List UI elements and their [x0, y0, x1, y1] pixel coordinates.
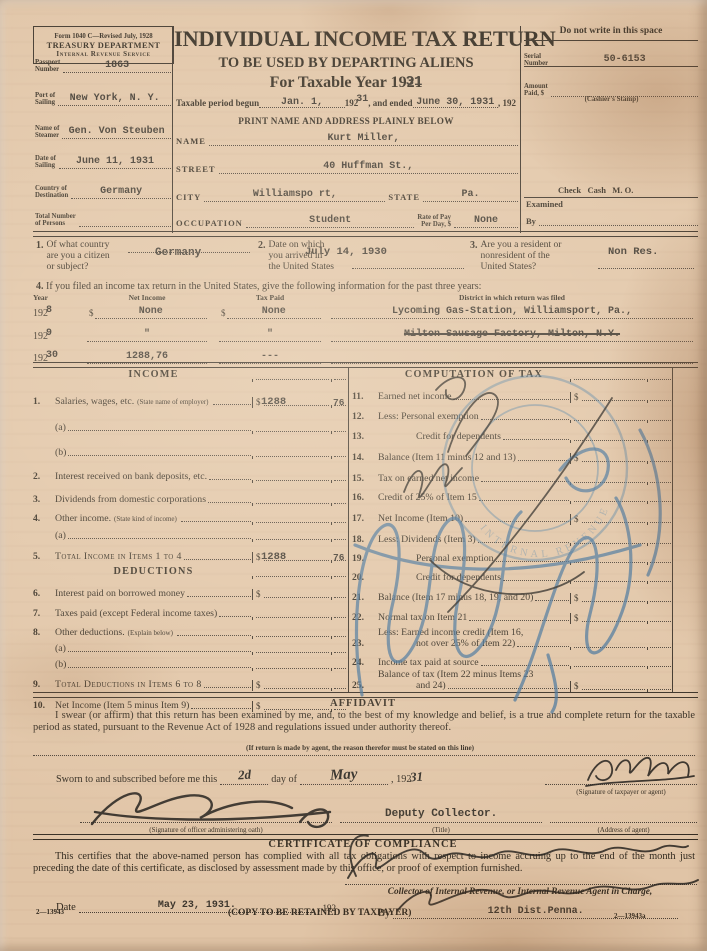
field-line: None: [95, 300, 208, 319]
tax-paid-value: ": [267, 329, 273, 340]
label-cell: Credit for dependents: [378, 431, 570, 443]
dotted-leader: [256, 636, 329, 637]
dotted-leader: [334, 539, 346, 540]
day-of-label: day of: [271, 774, 297, 785]
year-typed: 30: [46, 350, 58, 361]
dotted-leader: [650, 461, 671, 462]
label-cell: DEDUCTIONS: [55, 566, 252, 579]
dollars-cell: $: [570, 613, 647, 624]
dollars-cell: [252, 636, 331, 639]
certificate-body: This certifies that the above-named pers…: [33, 851, 695, 876]
dotted-leader: [650, 400, 671, 401]
collector-signature-line: [345, 884, 697, 885]
taxable-year-typed: 31: [406, 74, 423, 90]
dollars-cell: [252, 480, 331, 483]
label-cell: (b): [55, 659, 252, 671]
agency-name: TREASURY DEPARTMENT: [34, 41, 173, 50]
question-4: 4. If you filed an income tax return in …: [36, 281, 696, 292]
table-row: 18.Less: Dividends (Item 3): [352, 525, 672, 546]
year-cell: 1929: [33, 331, 87, 342]
field-label: Date of Sailing: [35, 155, 56, 169]
label-line-2: not over 25% of Item 22): [378, 638, 570, 649]
answer-line: [352, 268, 464, 269]
dotted-leader: [650, 689, 671, 690]
row-number: 3.: [33, 494, 55, 506]
dotted-leader: [68, 651, 251, 652]
row-label: Balance (Item 11 minus 12 and 13): [378, 452, 516, 463]
dollars-cell: [252, 503, 331, 506]
dollar-sign: $: [254, 680, 262, 691]
dotted-leader: [334, 652, 346, 653]
field-line: Lycoming Gas-Station, Williamsport, Pa.,: [331, 300, 693, 319]
row-label: Other deductions.: [55, 627, 125, 638]
dollars-cell: $: [252, 680, 331, 691]
taxable-year-line: For Taxable Year 192131: [174, 74, 518, 92]
question-1-answer: Germany: [155, 247, 201, 259]
net-income-cell: ": [87, 323, 207, 342]
dotted-leader: [574, 666, 645, 667]
rule: [524, 40, 698, 41]
table-row: 8.Other deductions.(Explain below): [33, 620, 347, 639]
row-label: Total Deductions in Items 6 to 8: [55, 679, 202, 690]
row-number: 7.: [33, 608, 55, 620]
officer-signature-caption: (Signature of officer administering oath…: [80, 826, 332, 834]
dotted-leader: [256, 522, 329, 523]
dotted-leader: [334, 431, 346, 432]
year-typed: 8: [46, 305, 52, 316]
occupation-field: Occupation Student Rate of Pay Per Day, …: [176, 209, 518, 228]
answer-line: [128, 252, 250, 253]
income-deductions-table: INCOME1.Salaries, wages, etc.(State name…: [33, 368, 347, 712]
dotted-leader: [496, 561, 569, 562]
table-row: 5.Total Income in Items 1 to 4$128876: [33, 542, 347, 563]
row-label: Credit for dependents: [378, 431, 501, 442]
sailing-field: Total Number of Persons: [35, 208, 171, 227]
dotted-leader: [334, 576, 346, 577]
dotted-leader: [184, 559, 251, 560]
period-and-ended: , and ended: [368, 98, 412, 108]
name-value: Kurt Miller,: [327, 133, 399, 144]
street-field: Street 40 Huffman St.,: [176, 155, 518, 174]
dollar-sign: $: [219, 308, 227, 319]
serial-number-field: Serial Number 50-6153: [524, 48, 698, 67]
dotted-leader: [256, 617, 329, 618]
table-row: 24.Income tax paid at source: [352, 650, 672, 669]
dotted-leader: [256, 668, 329, 669]
occupation-label: Occupation: [176, 218, 243, 228]
table-row: 23.Less: Earned income credit (Item 16,n…: [352, 624, 672, 650]
dollars-cell: [252, 617, 331, 620]
dollars-cell: [570, 543, 647, 546]
table-row: 1.Salaries, wages, etc.(State name of em…: [33, 382, 347, 408]
row-label-continued: and 24): [378, 680, 446, 691]
dotted-leader: [650, 379, 671, 380]
row-number: 8.: [33, 627, 55, 639]
dollar-sign: $: [572, 453, 580, 464]
row-label: Interest paid on borrowed money: [55, 588, 185, 599]
officer-title-value: Deputy Collector.: [385, 808, 497, 820]
row-label: Credit for dependents: [378, 572, 501, 583]
dotted-leader: [68, 430, 251, 431]
row-label: (a): [55, 643, 66, 654]
year-cell: 1928: [33, 308, 87, 319]
cents-cell: [331, 456, 347, 459]
title-caption: (Title): [340, 826, 542, 834]
row-number: 5.: [33, 551, 55, 563]
by-label: By: [526, 216, 536, 226]
street-label: Street: [176, 164, 216, 174]
label-cell: Earned net income: [378, 391, 570, 403]
table-row: 2.Interest received on bank deposits, et…: [33, 459, 347, 483]
dotted-leader: [650, 440, 671, 441]
field-value: 1863: [105, 60, 129, 71]
street-value: 40 Huffman St.,: [323, 161, 413, 172]
table-section-header: INCOME: [33, 368, 347, 382]
label-cell: Less: Personal exemption: [378, 411, 570, 423]
tax-paid-value: None: [262, 306, 286, 317]
rate-of-pay-value: None: [474, 215, 498, 226]
dollars-cell: [570, 420, 647, 423]
field-line: ": [87, 323, 207, 342]
row-number: 1.: [33, 396, 55, 408]
dotted-leader: [213, 404, 251, 405]
period-label: Taxable period begun: [176, 98, 259, 108]
dollars-cell: $: [570, 392, 647, 403]
net-income-value: None: [139, 306, 163, 317]
row-label: Salaries, wages, etc.: [55, 396, 134, 407]
dotted-leader: [574, 501, 645, 502]
row-label: Taxes paid (except Federal income taxes): [55, 608, 217, 619]
tax-paid-cell: ": [219, 323, 321, 342]
label-cell: COMPUTATION OF TAX: [378, 369, 570, 382]
question-3-text: Are you a resident or nonresident of the…: [481, 240, 562, 272]
row-label: Balance (Item 17 minus 18, 19, and 20): [378, 592, 533, 603]
row-number: 9.: [33, 679, 55, 691]
heavy-rule: [33, 231, 698, 237]
taxpayer-signature-caption: (Signature of taxpayer or agent): [545, 788, 697, 796]
dotted-leader: [503, 439, 569, 440]
affidavit-body: I swear (or affirm) that this return has…: [33, 710, 695, 735]
occupation-value: Student: [309, 215, 351, 226]
dotted-leader: [448, 688, 569, 689]
dotted-leader: [650, 666, 671, 667]
label-cell: (b): [55, 447, 252, 459]
column-rule: [520, 26, 521, 233]
dotted-leader: [256, 379, 329, 380]
table-row: 14.Balance (Item 11 minus 12 and 13)$: [352, 443, 672, 464]
field-line: Germany: [71, 180, 171, 199]
dotted-leader: [334, 668, 346, 669]
cents-cell: [647, 647, 672, 650]
dotted-leader: [465, 521, 569, 522]
dotted-leader: [68, 455, 251, 456]
prior-return-row: 1928$None$NoneLycoming Gas-Station, Will…: [33, 300, 693, 319]
row-label: Personal exemption: [378, 553, 494, 564]
row-label: Dividends from domestic corporations: [55, 494, 206, 505]
cents-cell: [331, 668, 347, 671]
dotted-leader: [334, 379, 346, 380]
dotted-leader: [219, 616, 251, 617]
dotted-leader: [256, 652, 329, 653]
sworn-day-hand: 2d: [237, 767, 251, 784]
cents-cell: [331, 576, 347, 579]
dotted-leader: [650, 420, 671, 421]
cents-cell: 76: [331, 560, 347, 563]
label-cell: (a): [55, 530, 252, 542]
field-value: Germany: [100, 186, 142, 197]
table-edge-rule: [672, 368, 673, 692]
field-value: June 11, 1931: [76, 156, 154, 167]
label-cell: Net Income (Item 10): [378, 513, 570, 525]
tax-paid-cell: $None: [219, 300, 321, 319]
rate-of-pay-label: Rate of Pay Per Day, $: [417, 214, 451, 228]
table-row: (b): [33, 434, 347, 459]
dotted-leader: [177, 635, 251, 636]
title-line: [340, 822, 542, 823]
sailing-field: Passport Number1863: [35, 54, 171, 73]
row-number: 12.: [352, 411, 378, 423]
question-4-number: 4.: [36, 281, 44, 292]
cents-cell: [647, 543, 672, 546]
table-row: 13.Credit for dependents: [352, 423, 672, 443]
field-line: Gen. Von Steuben: [62, 120, 171, 139]
table-row: 7.Taxes paid (except Federal income taxe…: [33, 600, 347, 620]
dollars-cell: [570, 562, 647, 565]
dotted-leader: [650, 621, 671, 622]
dotted-leader: [209, 479, 251, 480]
row-label: Earned net income: [378, 391, 451, 402]
table-row: 22.Normal tax on Item 21$: [352, 604, 672, 624]
dotted-leader: [208, 502, 251, 503]
form-title: INDIVIDUAL INCOME TAX RETURN: [174, 26, 518, 52]
officer-signature-line: [80, 822, 332, 823]
dotted-leader: [574, 581, 645, 582]
agent-address-line: [550, 822, 697, 823]
cents-cell: [331, 688, 347, 691]
dotted-leader: [334, 522, 346, 523]
field-label: Country of Destination: [35, 185, 68, 199]
row-number: 2.: [33, 471, 55, 483]
field-line: New York, N. Y.: [58, 87, 171, 106]
cents-cell: [647, 581, 672, 584]
dotted-leader: [334, 480, 346, 481]
row-number: 24.: [352, 657, 378, 669]
cents-cell: [647, 621, 672, 624]
question-3-number: 3.: [470, 240, 478, 272]
field-label: Name of Steamer: [35, 125, 59, 139]
net-income-value: ": [144, 329, 150, 340]
cents-cell: [647, 420, 672, 423]
question-2-answer: July 14, 1930: [305, 246, 387, 258]
row-number: 6.: [33, 588, 55, 600]
state-label: State: [388, 192, 420, 202]
cents-cell: [331, 539, 347, 542]
row-label: (b): [55, 447, 66, 458]
cents-cell: [647, 482, 672, 485]
table-row: (a): [33, 639, 347, 655]
label-cell: (a): [55, 643, 252, 655]
table-section-header: COMPUTATION OF TAX: [352, 368, 672, 382]
row-label: Less: Personal exemption: [378, 411, 479, 422]
dollars-cell: $1288: [252, 397, 331, 408]
table-row: 19.Personal exemption: [352, 546, 672, 565]
table-row: 16.Credit of 25% of Item 15: [352, 485, 672, 504]
agent-address-caption: (Address of agent): [550, 826, 697, 834]
dollars-cell: [252, 522, 331, 525]
dollars-cell: [252, 668, 331, 671]
name-field: Name Kurt Miller,: [176, 127, 518, 146]
cashiers-stamp-caption: (Cashier's Stamp): [534, 95, 689, 103]
table-row: 12.Less: Personal exemption: [352, 403, 672, 423]
question-4-text: If you filed an income tax return in the…: [46, 281, 481, 292]
agent-reason-line: [33, 755, 695, 756]
label-cell: Other income.(State kind of income): [55, 513, 252, 525]
sailing-field: Port of SailingNew York, N. Y.: [35, 87, 171, 106]
dotted-leader: [334, 617, 346, 618]
dotted-leader: [334, 636, 346, 637]
section-header-text: COMPUTATION OF TAX: [378, 369, 570, 381]
tax-paid-value: ---: [261, 351, 279, 362]
row-number: 11.: [352, 391, 378, 403]
dollars-cell: [252, 652, 331, 655]
dotted-leader: [582, 400, 646, 401]
dotted-leader: [256, 539, 329, 540]
dollars-cell: [252, 539, 331, 542]
dotted-leader: [650, 647, 671, 648]
section-header-text: DEDUCTIONS: [55, 566, 252, 578]
field-value: New York, N. Y.: [70, 93, 160, 104]
dollars-cell: $: [570, 453, 647, 464]
district-value: Lycoming Gas-Station, Williamsport, Pa.,: [392, 306, 632, 317]
dollars-cell: [252, 456, 331, 459]
agent-note: (If return is made by agent, the reason …: [120, 744, 600, 752]
do-not-write-notice: Do not write in this space: [524, 26, 698, 36]
dollars-cell: [252, 431, 331, 434]
row-number: 14.: [352, 452, 378, 464]
amount-cents: 76: [333, 552, 344, 563]
question-3-answer: Non Res.: [608, 246, 658, 258]
dotted-leader: [517, 646, 569, 647]
row-note: (State kind of income): [114, 515, 177, 523]
dotted-leader: [582, 522, 646, 523]
rule: [524, 197, 698, 198]
dotted-leader: [481, 481, 569, 482]
print-notice: PRINT NAME AND ADDRESS PLAINLY BELOW: [174, 116, 518, 126]
city-label: City: [176, 192, 201, 202]
dotted-leader: [256, 480, 329, 481]
dotted-leader: [204, 687, 251, 688]
label-line-1: Balance of tax (Item 22 minus Items 23: [378, 669, 570, 680]
name-label: Name: [176, 136, 206, 146]
label-cell: Tax on earned net income: [378, 473, 570, 485]
dollar-sign: $: [572, 514, 580, 525]
dotted-leader: [469, 620, 569, 621]
row-number: 18.: [352, 534, 378, 546]
dollar-sign: $: [572, 593, 580, 604]
table-row: 25.Balance of tax (Item 22 minus Items 2…: [352, 669, 672, 692]
field-line: None: [227, 300, 322, 319]
row-number: 22.: [352, 612, 378, 624]
dollars-cell: [252, 379, 331, 382]
dollars-cell: [570, 501, 647, 504]
sworn-month-hand: May: [330, 766, 358, 784]
label-cell: Taxes paid (except Federal income taxes): [55, 608, 252, 620]
taxpayer-signature: [586, 758, 694, 786]
row-label: (a): [55, 530, 66, 541]
sworn-prefix: Sworn to and subscribed before me this: [56, 774, 217, 785]
table-row: 20.Credit for dependents: [352, 565, 672, 584]
form-print-code-right: 2—13943a: [614, 912, 646, 920]
dotted-leader: [478, 542, 569, 543]
sworn-year-hand: 31: [410, 769, 424, 786]
row-label: Net Income (Item 10): [378, 513, 463, 524]
dotted-leader: [518, 460, 569, 461]
dollars-cell: [570, 379, 647, 382]
dotted-leader: [574, 420, 645, 421]
dollars-cell: [570, 482, 647, 485]
computation-of-tax-table: COMPUTATION OF TAX11.Earned net income$1…: [352, 368, 672, 692]
field-line: ": [219, 323, 321, 342]
table-row: (a): [33, 408, 347, 434]
label-line-1: Less: Earned income credit (Item 16,: [378, 627, 570, 638]
label-cell: Dividends from domestic corporations: [55, 494, 252, 506]
field-label: Port of Sailing: [35, 92, 55, 106]
label-cell: Income tax paid at source: [378, 657, 570, 669]
district-cell: Lycoming Gas-Station, Williamsport, Pa.,: [331, 300, 693, 319]
row-label: (b): [55, 659, 66, 670]
affidavit-header: AFFIDAVIT: [33, 698, 693, 709]
period-ended-year-printed: , 192: [498, 98, 516, 108]
cents-cell: [331, 431, 347, 434]
label-cell: Less: Dividends (Item 3): [378, 534, 570, 546]
question-1-number: 1.: [36, 240, 44, 272]
field-line: June 11, 1931: [59, 150, 171, 169]
dotted-leader: [334, 688, 346, 689]
period-begun-year-typed: 31: [356, 94, 368, 105]
serial-number-value: 50-6153: [604, 54, 646, 65]
dollar-sign: $: [572, 613, 580, 624]
collector-caption: Collector of Internal Revenue, or Intern…: [340, 887, 700, 897]
cents-cell: [647, 440, 672, 443]
column-rule: [172, 26, 173, 233]
form-code: Form 1040 C—Revised July, 1928: [34, 32, 173, 41]
row-label: Less: Earned income credit (Item 16,: [378, 627, 523, 638]
row-number: 4.: [33, 513, 55, 525]
taxable-year-prefix: For Taxable Year: [270, 74, 387, 91]
label-cell: Balance (Item 17 minus 18, 19, and 20): [378, 592, 570, 604]
check-cash-mo-label: Check Cash M. O.: [558, 185, 633, 195]
row-number: 21.: [352, 592, 378, 604]
label-cell: Salaries, wages, etc.(State name of empl…: [55, 396, 252, 408]
label-cell: Credit of 25% of Item 15: [378, 492, 570, 504]
label-cell: Personal exemption: [378, 553, 570, 565]
dollar-sign: $: [254, 589, 262, 600]
cents-cell: [331, 617, 347, 620]
label-cell: Interest paid on borrowed money: [55, 588, 252, 600]
dollar-sign: $: [572, 392, 580, 403]
dollars-cell: $: [252, 589, 331, 600]
label-cell: Credit for dependents: [378, 572, 570, 584]
city-state-field: City Williamspo rt, State Pa.: [176, 183, 518, 202]
row-label: Normal tax on Item 21: [378, 612, 467, 623]
table-row: 6.Interest paid on borrowed money$: [33, 579, 347, 600]
row-number: 16.: [352, 492, 378, 504]
dotted-leader: [264, 688, 330, 689]
label-cell: (a): [55, 422, 252, 434]
cents-cell: [331, 480, 347, 483]
sailing-field: Date of SailingJune 11, 1931: [35, 150, 171, 169]
dotted-leader: [582, 621, 646, 622]
